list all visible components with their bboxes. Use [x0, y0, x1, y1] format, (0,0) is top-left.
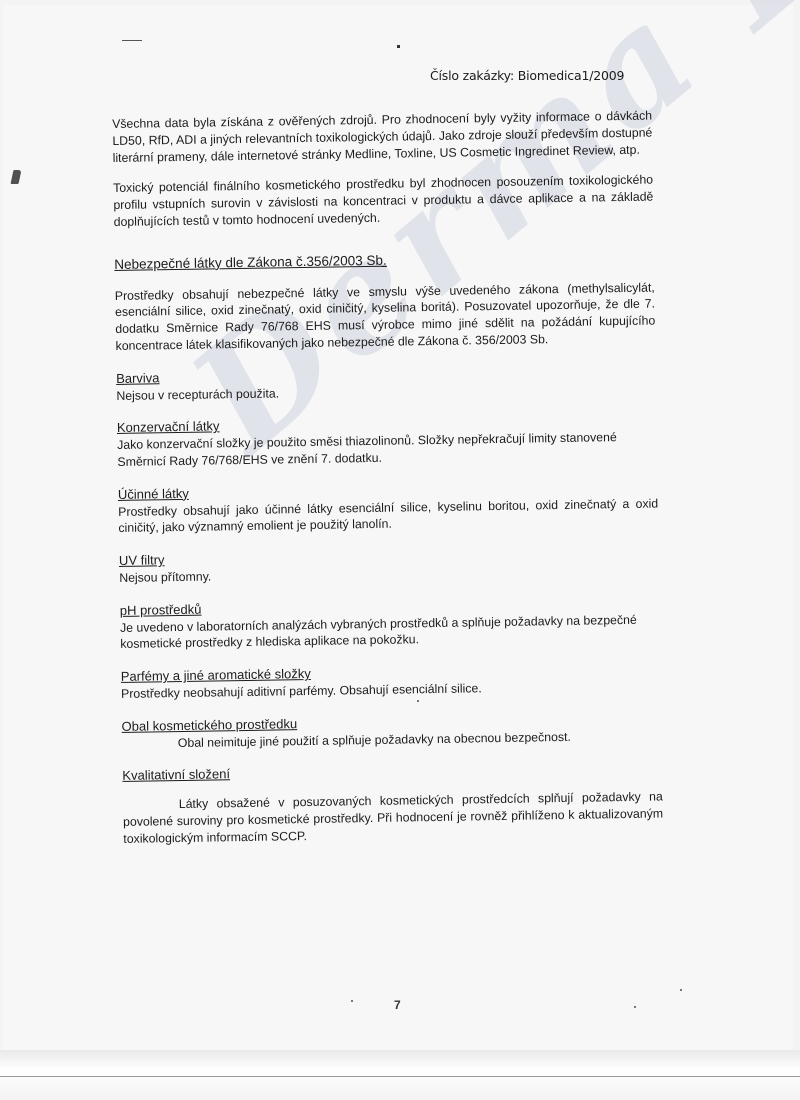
scan-artifact-dash [122, 40, 142, 41]
order-number: Číslo zakázky: Biomedica1/2009 [430, 68, 624, 83]
page-number: 7 [394, 998, 401, 1012]
scan-speck [417, 700, 419, 702]
section-heading-hazardous: Nebezpečné látky dle Zákona č.356/2003 S… [114, 248, 654, 273]
scan-speck [680, 989, 682, 991]
section-body-active-substances: Prostředky obsahují jako účinné látky es… [118, 495, 658, 537]
section-body-hazardous: Prostředky obsahují nebezpečné látky ve … [115, 279, 656, 355]
scanner-edge-line [0, 1076, 800, 1077]
intro-paragraph-sources: Všechna data byla získána z ověřených zd… [112, 108, 653, 167]
section-heading-qualitative: Kvalitativní složení [122, 760, 662, 785]
document-body: Všechna data byla získána z ověřených zd… [112, 108, 663, 848]
scan-artifact-dot [397, 45, 400, 48]
section-body-qualitative: Látky obsažené v posuzovaných kosmetický… [123, 789, 664, 848]
scanner-edge [0, 1050, 800, 1100]
intro-paragraph-toxic-potential: Toxický potenciál finálního kosmetického… [113, 172, 654, 231]
scan-speck [634, 1006, 636, 1008]
scan-speck [351, 1000, 353, 1002]
section-body-preservatives: Jako konzervační složky je použito směsi… [117, 429, 657, 471]
